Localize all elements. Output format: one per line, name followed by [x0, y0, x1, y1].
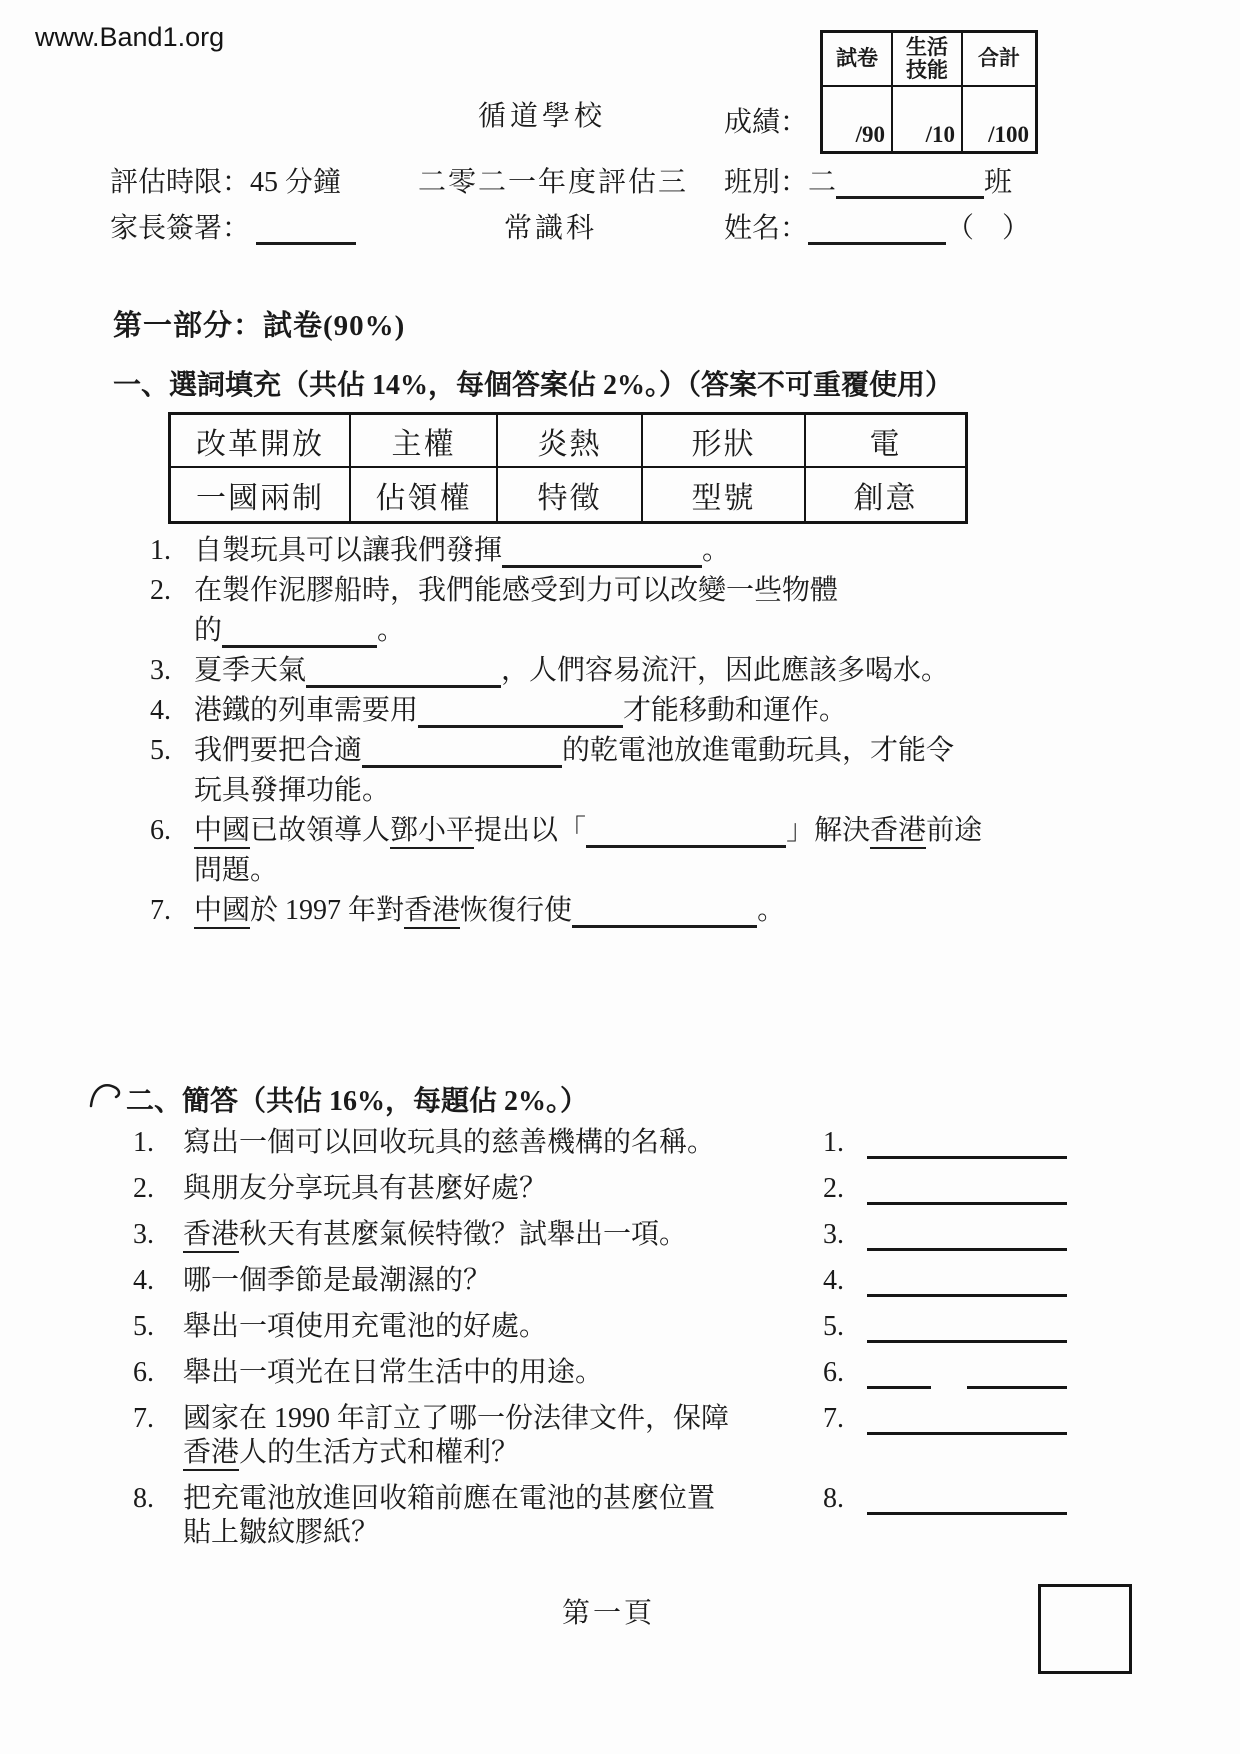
underlined-term: 香港 — [870, 815, 926, 849]
answer-blank-segment — [967, 1386, 1067, 1389]
question-text-segment: 。 — [757, 895, 785, 926]
fill-in-blank — [362, 737, 562, 768]
question-text-segment: 的乾電池放進電動玩具，才能令 — [562, 735, 954, 766]
question-item: 4.哪一個季節是最潮濕的？4. — [133, 1264, 1133, 1298]
name-label: 姓名： — [724, 213, 808, 244]
question-number: 2. — [150, 571, 194, 651]
question-item: 5.我們要把合適的乾電池放進電動玩具，才能令玩具發揮功能。 — [150, 731, 1062, 811]
question-number: 5. — [150, 731, 194, 811]
answer-slot: 6. — [823, 1356, 1133, 1390]
answer-number: 5. — [823, 1310, 867, 1344]
underlined-term: 香港 — [183, 1437, 239, 1471]
word-bank-cell: 改革開放 — [171, 415, 351, 468]
question-line: 在製作泥膠船時，我們能感受到力可以改變一些物體 — [194, 571, 1062, 611]
question-line: 的。 — [194, 611, 1062, 651]
question-text-segment: 港鐵的列車需要用 — [194, 695, 418, 726]
question-text-segment: 國家在 1990 年訂立了哪一份法律文件，保障 — [183, 1403, 729, 1434]
question-line: 寫出一個可以回收玩具的慈善機構的名稱。 — [183, 1126, 823, 1160]
section1-questions: 1.自製玩具可以讓我們發揮。2.在製作泥膠船時，我們能感受到力可以改變一些物體的… — [150, 531, 1062, 931]
underlined-term: 中國 — [194, 815, 250, 849]
word-bank-cell: 創意 — [806, 468, 965, 521]
question-item: 4.港鐵的列車需要用才能移動和運作。 — [150, 691, 1062, 731]
question-text-segment: 哪一個季節是最潮濕的？ — [183, 1265, 491, 1296]
question-text-segment: 」解決 — [786, 815, 870, 846]
answer-number: 8. — [823, 1482, 867, 1516]
question-text-segment: 人的生活方式和權利？ — [239, 1437, 519, 1468]
class-label: 班別：二 — [724, 167, 836, 198]
answer-blank-line — [867, 1202, 1067, 1205]
class-suffix: 班 — [984, 167, 1012, 198]
question-text: 在製作泥膠船時，我們能感受到力可以改變一些物體的。 — [194, 571, 1062, 651]
question-item: 7.國家在 1990 年訂立了哪一份法律文件，保障香港人的生活方式和權利？7. — [133, 1402, 1133, 1470]
class-line: 班別：二班 — [724, 160, 1012, 200]
part1-title: 第一部分：試卷(90%) — [113, 303, 405, 344]
name-suffix: （ ） — [946, 213, 1030, 244]
answer-number: 7. — [823, 1402, 867, 1436]
underlined-term: 香港 — [404, 895, 460, 929]
question-line: 哪一個季節是最潮濕的？ — [183, 1264, 823, 1298]
question-text: 與朋友分享玩具有甚麼好處？ — [183, 1172, 823, 1206]
answer-slot: 1. — [823, 1126, 1133, 1160]
question-number: 3. — [150, 651, 194, 691]
word-bank-cell: 型號 — [643, 468, 806, 521]
question-line: 自製玩具可以讓我們發揮。 — [194, 531, 1062, 571]
word-bank-table: 改革開放主權炎熱形狀電一國兩制佔領權特徵型號創意 — [168, 412, 968, 524]
question-text: 中國已故領導人鄧小平提出以「」解決香港前途問題。 — [194, 811, 1062, 891]
word-bank-cell: 炎熱 — [498, 415, 643, 468]
underlined-term: 中國 — [194, 895, 250, 929]
question-text: 自製玩具可以讓我們發揮。 — [194, 531, 1062, 571]
question-text: 把充電池放進回收箱前應在電池的甚麼位置貼上皺紋膠紙？ — [183, 1482, 823, 1550]
word-bank-cell: 特徵 — [498, 468, 643, 521]
question-text-segment: 貼上皺紋膠紙？ — [183, 1517, 379, 1548]
question-number: 5. — [133, 1310, 183, 1344]
fill-in-blank — [586, 817, 786, 848]
answer-blank-line — [867, 1294, 1067, 1297]
question-line: 夏季天氣，人們容易流汗，因此應該多喝水。 — [194, 651, 1062, 691]
time-limit-label: 評估時限：45 分鐘 — [110, 160, 341, 200]
parent-signature-line: 家長簽署： — [110, 206, 356, 246]
question-item: 2.在製作泥膠船時，我們能感受到力可以改變一些物體的。 — [150, 571, 1062, 651]
answer-slot: 5. — [823, 1310, 1133, 1344]
answer-slot: 2. — [823, 1172, 1133, 1206]
section1-title: 一、選詞填充（共佔 14%，每個答案佔 2%。）（答案不可重覆使用） — [113, 363, 953, 403]
score-entry-box — [1038, 1584, 1132, 1674]
question-line: 玩具發揮功能。 — [194, 771, 1062, 811]
question-line: 舉出一項使用充電池的好處。 — [183, 1310, 823, 1344]
answer-slot: 7. — [823, 1402, 1133, 1470]
question-text-segment: 玩具發揮功能。 — [194, 775, 390, 806]
score-label: 成績： — [724, 100, 808, 140]
question-text: 寫出一個可以回收玩具的慈善機構的名稱。 — [183, 1126, 823, 1160]
question-text-segment: 寫出一個可以回收玩具的慈善機構的名稱。 — [183, 1127, 715, 1158]
question-text-segment: 問題。 — [194, 855, 278, 886]
pen-mark-icon — [88, 1079, 124, 1118]
school-name: 循道學校 — [478, 94, 606, 134]
question-number: 6. — [150, 811, 194, 891]
question-text-segment: 的 — [194, 615, 222, 646]
answer-slot: 4. — [823, 1264, 1133, 1298]
question-text-segment: 提出以「 — [474, 815, 586, 846]
answer-blank-line — [867, 1248, 1067, 1251]
question-item: 1.自製玩具可以讓我們發揮。 — [150, 531, 1062, 571]
answer-blank-line — [867, 1156, 1067, 1159]
question-number: 6. — [133, 1356, 183, 1390]
question-number: 1. — [150, 531, 194, 571]
score-table-value-cell: /10 — [893, 87, 963, 151]
fill-in-blank — [222, 617, 377, 648]
question-text: 香港秋天有甚麼氣候特徵？試舉出一項。 — [183, 1218, 823, 1252]
question-text: 中國於 1997 年對香港恢復行使。 — [194, 891, 1062, 931]
question-text: 國家在 1990 年訂立了哪一份法律文件，保障香港人的生活方式和權利？ — [183, 1402, 823, 1470]
section2-questions: 1.寫出一個可以回收玩具的慈善機構的名稱。1.2.與朋友分享玩具有甚麼好處？2.… — [133, 1126, 1133, 1562]
answer-number: 3. — [823, 1218, 867, 1252]
question-number: 7. — [133, 1402, 183, 1470]
section2-header: 二、簡答（共佔 16%，每題佔 2%。） — [88, 1079, 588, 1119]
question-line: 國家在 1990 年訂立了哪一份法律文件，保障 — [183, 1402, 823, 1436]
question-number: 3. — [133, 1218, 183, 1252]
question-line: 香港秋天有甚麼氣候特徵？試舉出一項。 — [183, 1218, 823, 1252]
score-table-header-cell: 試卷 — [823, 33, 893, 87]
score-table-header-cell: 生活 技能 — [893, 33, 963, 87]
page-number: 第一頁 — [562, 1591, 655, 1631]
answer-number: 4. — [823, 1264, 867, 1298]
question-line: 把充電池放進回收箱前應在電池的甚麼位置 — [183, 1482, 823, 1516]
exam-title: 二零二一年度評估三 — [418, 160, 688, 200]
answer-slot: 3. — [823, 1218, 1133, 1252]
question-text-segment: 自製玩具可以讓我們發揮 — [194, 535, 502, 566]
name-line: 姓名：（ ） — [724, 206, 1030, 246]
section2-title: 二、簡答（共佔 16%，每題佔 2%。） — [126, 1079, 588, 1119]
parent-signature-label: 家長簽署： — [110, 213, 250, 244]
question-number: 4. — [150, 691, 194, 731]
fill-in-blank — [502, 537, 702, 568]
question-line: 與朋友分享玩具有甚麼好處？ — [183, 1172, 823, 1206]
question-text-segment: 於 1997 年對 — [250, 895, 404, 926]
answer-blank-line — [867, 1432, 1067, 1435]
word-bank-cell: 佔領權 — [351, 468, 498, 521]
question-text-segment: 把充電池放進回收箱前應在電池的甚麼位置 — [183, 1483, 715, 1514]
question-line: 中國於 1997 年對香港恢復行使。 — [194, 891, 1062, 931]
question-item: 8.把充電池放進回收箱前應在電池的甚麼位置貼上皺紋膠紙？8. — [133, 1482, 1133, 1550]
question-number: 1. — [133, 1126, 183, 1160]
fill-in-blank — [572, 897, 757, 928]
question-item: 6.中國已故領導人鄧小平提出以「」解決香港前途問題。 — [150, 811, 1062, 891]
underlined-term: 鄧小平 — [390, 815, 474, 849]
class-fill-in-blank — [836, 170, 984, 199]
subject-name: 常識科 — [504, 206, 597, 246]
question-text: 夏季天氣，人們容易流汗，因此應該多喝水。 — [194, 651, 1062, 691]
question-text-segment: 。 — [377, 615, 405, 646]
question-line: 香港人的生活方式和權利？ — [183, 1436, 823, 1470]
question-item: 1.寫出一個可以回收玩具的慈善機構的名稱。1. — [133, 1126, 1133, 1160]
underlined-term: 香港 — [183, 1219, 239, 1253]
fill-in-blank — [418, 697, 623, 728]
word-bank-cell: 主權 — [351, 415, 498, 468]
question-text-segment: 才能移動和運作。 — [623, 695, 847, 726]
question-text-segment: 恢復行使 — [460, 895, 572, 926]
fill-in-blank — [306, 657, 501, 688]
score-table-header-cell: 合計 — [963, 33, 1035, 87]
question-item: 6.舉出一項光在日常生活中的用途。6. — [133, 1356, 1133, 1390]
question-text: 舉出一項使用充電池的好處。 — [183, 1310, 823, 1344]
name-fill-in-blank — [808, 216, 946, 245]
answer-slot: 8. — [823, 1482, 1133, 1550]
question-number: 7. — [150, 891, 194, 931]
question-line: 舉出一項光在日常生活中的用途。 — [183, 1356, 823, 1390]
score-table: 試卷生活 技能合計/90/10/100 — [820, 30, 1038, 154]
question-line: 貼上皺紋膠紙？ — [183, 1516, 823, 1550]
answer-number: 6. — [823, 1356, 867, 1390]
question-text-segment: 在製作泥膠船時，我們能感受到力可以改變一些物體 — [194, 575, 838, 606]
question-text-segment: 我們要把合適 — [194, 735, 362, 766]
parent-signature-blank — [256, 216, 356, 245]
question-text: 哪一個季節是最潮濕的？ — [183, 1264, 823, 1298]
question-text-segment: 。 — [702, 535, 730, 566]
word-bank-cell: 形狀 — [643, 415, 806, 468]
answer-blank-line — [867, 1512, 1067, 1515]
question-text-segment: 舉出一項光在日常生活中的用途。 — [183, 1357, 603, 1388]
word-bank-cell: 一國兩制 — [171, 468, 351, 521]
question-line: 我們要把合適的乾電池放進電動玩具，才能令 — [194, 731, 1062, 771]
question-text: 我們要把合適的乾電池放進電動玩具，才能令玩具發揮功能。 — [194, 731, 1062, 811]
answer-blank-segment — [867, 1386, 931, 1389]
question-item: 3.夏季天氣，人們容易流汗，因此應該多喝水。 — [150, 651, 1062, 691]
watermark-text: www.Band1.org — [35, 22, 224, 53]
question-item: 7.中國於 1997 年對香港恢復行使。 — [150, 891, 1062, 931]
question-item: 3.香港秋天有甚麼氣候特徵？試舉出一項。3. — [133, 1218, 1133, 1252]
answer-blank-line — [867, 1340, 1067, 1343]
question-text-segment: 夏季天氣 — [194, 655, 306, 686]
question-number: 4. — [133, 1264, 183, 1298]
answer-blank-broken — [867, 1386, 1067, 1389]
question-number: 2. — [133, 1172, 183, 1206]
exam-paper-page: www.Band1.org 循道學校 成績： 試卷生活 技能合計/90/10/1… — [0, 0, 1240, 1754]
question-line: 港鐵的列車需要用才能移動和運作。 — [194, 691, 1062, 731]
question-text: 舉出一項光在日常生活中的用途。 — [183, 1356, 823, 1390]
question-text-segment: 秋天有甚麼氣候特徵？試舉出一項。 — [239, 1219, 687, 1250]
question-item: 2.與朋友分享玩具有甚麼好處？2. — [133, 1172, 1133, 1206]
answer-number: 1. — [823, 1126, 867, 1160]
question-text-segment: 前途 — [926, 815, 982, 846]
question-text-segment: 與朋友分享玩具有甚麼好處？ — [183, 1173, 547, 1204]
answer-number: 2. — [823, 1172, 867, 1206]
question-number: 8. — [133, 1482, 183, 1550]
question-text-segment: 舉出一項使用充電池的好處。 — [183, 1311, 547, 1342]
question-line: 中國已故領導人鄧小平提出以「」解決香港前途 — [194, 811, 1062, 851]
question-line: 問題。 — [194, 851, 1062, 891]
word-bank-cell: 電 — [806, 415, 965, 468]
question-text-segment: ，人們容易流汗，因此應該多喝水。 — [501, 655, 949, 686]
question-text: 港鐵的列車需要用才能移動和運作。 — [194, 691, 1062, 731]
question-item: 5.舉出一項使用充電池的好處。5. — [133, 1310, 1133, 1344]
score-table-value-cell: /100 — [963, 87, 1035, 151]
question-text-segment: 已故領導人 — [250, 815, 390, 846]
score-table-value-cell: /90 — [823, 87, 893, 151]
